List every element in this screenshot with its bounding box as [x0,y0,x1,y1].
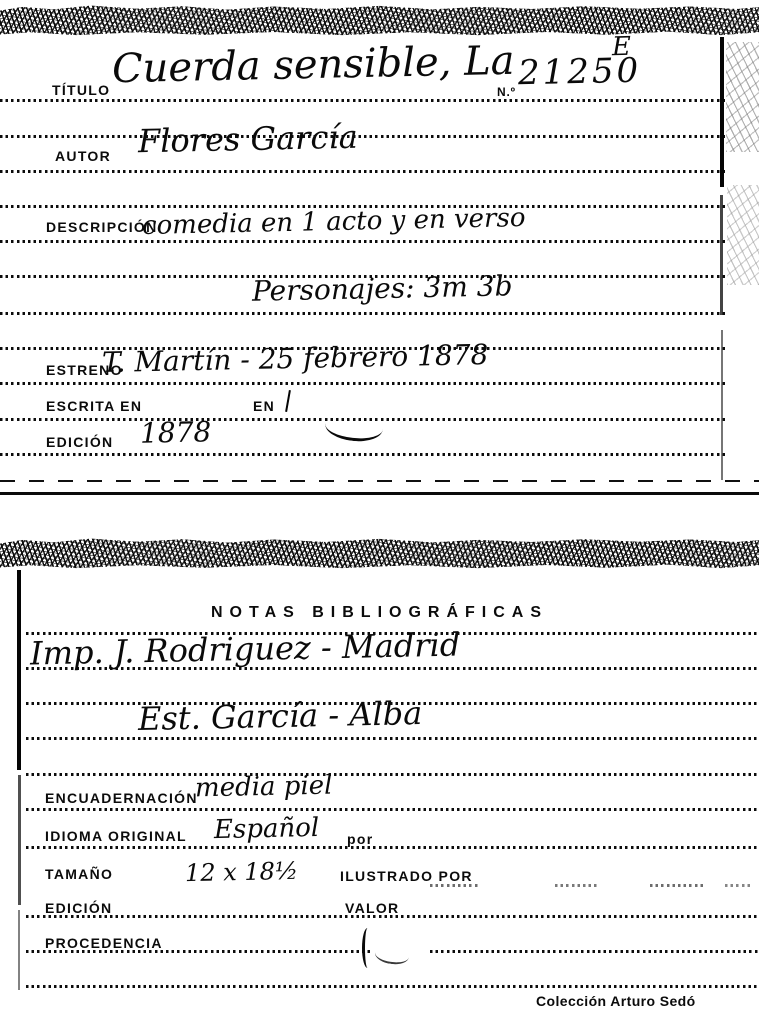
scan-speckle-patch [726,42,759,152]
ruled-line [0,382,726,385]
ruled-line [0,312,726,315]
ruled-line-fragment [555,884,600,887]
card-left-edge [18,910,20,990]
ruled-line [26,773,759,776]
ruled-line [26,985,759,988]
autor-label: AUTOR [55,148,111,164]
por-label: por [347,831,373,847]
idioma-original-value: Español [214,813,320,845]
scan-noise-band-top [0,5,759,36]
valor-label: VALOR [345,900,399,916]
descripcion-value: comedia en 1 acto y en verso [142,203,526,241]
procedencia-label: PROCEDENCIA [45,935,163,951]
idioma-original-label: IDIOMA ORIGINAL [45,828,187,844]
encuadernacion-value: media piel [195,771,333,804]
edicion-label: EDICIÓN [46,434,113,450]
ilustrado-por-label: ILUSTRADO POR [340,868,473,884]
numero-label: N.º [497,85,516,99]
ruled-line-fragment [430,884,480,887]
ruled-line [0,453,726,456]
scan-noise-band-middle [0,538,759,569]
edicion-back-label: EDICIÓN [45,900,112,916]
ink-smudge [362,928,373,968]
titulo-label: TÍTULO [52,82,110,98]
ruled-line [26,737,759,740]
en-label: EN [253,398,275,414]
card-left-edge [18,775,21,905]
tamano-value: 12 x 18½ [185,857,299,887]
personajes-value: Personajes: 3m 3b [252,269,513,307]
descripcion-label: DESCRIPCIÓN [46,219,158,235]
scanned-catalog-card-page: TÍTULO N.º AUTOR DESCRIPCIÓN ESTRENO ESC… [0,0,759,1028]
nota-line2: Est. García - Alba [138,694,423,738]
autor-value: Flores García [138,118,358,161]
ruled-line [26,808,759,811]
edicion-value: 1878 [140,415,212,449]
ink-stroke [285,390,291,412]
ruled-line [0,170,726,173]
tamano-label: TAMAÑO [45,866,113,882]
ruled-line [26,846,759,849]
card-bottom-dashed-line [0,480,759,482]
nota-line1: Imp. J. Rodriguez - Madrid [30,625,461,672]
collection-credit: Colección Arturo Sedó [536,993,696,1009]
escrita-en-label: ESCRITA EN [46,398,142,414]
notas-bibliograficas-header: NOTAS BIBLIOGRÁFICAS [22,604,737,622]
scan-speckle-patch [727,185,759,285]
ink-smudge [374,944,410,967]
estreno-value: T. Martín - 25 febrero 1878 [102,338,489,379]
card-left-edge [17,570,21,770]
encuadernacion-label: ENCUADERNACIÓN [45,790,198,806]
ruled-line-fragment [725,884,753,887]
serie-mark: E [612,32,632,62]
card-right-edge [721,330,723,480]
ruled-line-fragment [650,884,705,887]
card-right-edge [720,195,723,315]
ruled-line [0,240,726,243]
titulo-value: Cuerda sensible, La [112,38,515,92]
ruled-line [0,99,726,102]
ruled-line [0,135,726,138]
card-bottom-edge [0,492,759,495]
ink-smudge [324,409,385,444]
card-right-edge [720,37,724,187]
ruled-line [430,950,759,953]
